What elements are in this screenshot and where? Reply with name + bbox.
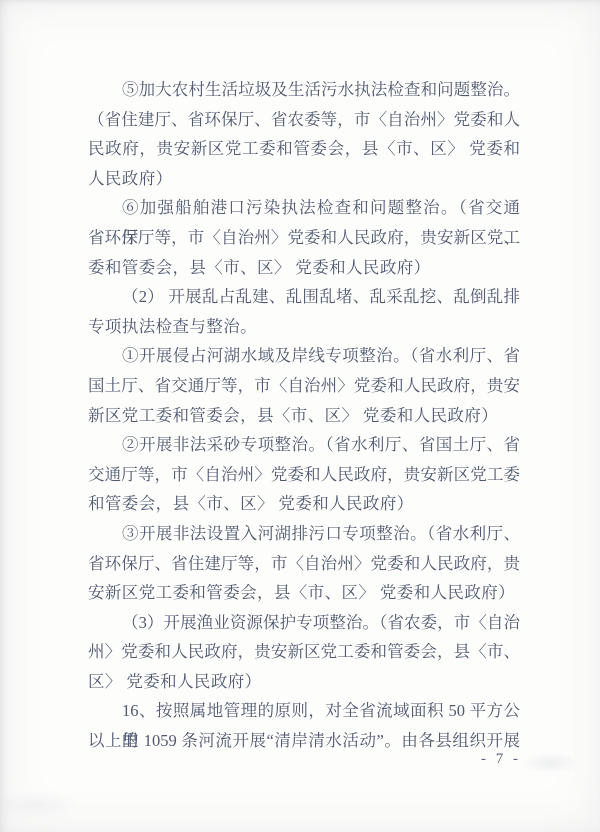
scan-artifact [0,790,82,820]
page-number: - 7 - [466,751,536,768]
text-line: 安新区党工委和管委会，县〈市、区〉 党委和人民政府） [88,578,520,608]
text-line: 和管委会，县〈市、区〉 党委和人民政府） [88,489,520,519]
text-line: 专项执法检查与整治。 [88,312,520,342]
text-line: 区〉 党委和人民政府） [88,667,520,697]
document-page: ⑤加大农村生活垃圾及生活污水执法检查和问题整治。（省住建厅、省环保厅、省农委等，… [0,0,600,832]
text-line: 新区党工委和管委会，县〈市、区〉 党委和人民政府） [88,401,520,431]
text-line: 州〉党委和人民政府，贵安新区党工委和管委会，县〈市、 [88,637,520,667]
text-line: （3）开展渔业资源保护专项整治。（省农委，市〈自治 [88,608,520,638]
text-line: （2） 开展乱占乱建、乱围乱堵、乱采乱挖、乱倒乱排 [88,282,520,312]
document-body: ⑤加大农村生活垃圾及生活污水执法检查和问题整治。（省住建厅、省环保厅、省农委等，… [88,75,520,756]
text-line: 国土厅、省交通厅等，市〈自治州〉党委和人民政府，贵安 [88,371,520,401]
text-line: 交通厅等，市〈自治州〉党委和人民政府，贵安新区党工委 [88,460,520,490]
text-line: 省环保厅、省住建厅等，市〈自治州〉党委和人民政府，贵 [88,549,520,579]
text-line: 委和管委会，县〈市、区〉 党委和人民政府） [88,253,520,283]
text-line: ①开展侵占河湖水域及岸线专项整治。（省水利厅、省 [88,341,520,371]
text-line: 16、按照属地管理的原则，对全省流域面积 50 平方公里 [88,696,520,726]
text-line: ⑥加强船舶港口污染执法检查和问题整治。（省交通厅、 [88,193,520,223]
text-line: 省环保厅等，市〈自治州〉党委和人民政府，贵安新区党工 [88,223,520,253]
text-line: ③开展非法设置入河湖排污口专项整治。（省水利厅、 [88,519,520,549]
text-line: 人民政府） [88,164,520,194]
text-line: ②开展非法采砂专项整治。（省水利厅、省国土厅、省 [88,430,520,460]
text-line: （省住建厅、省环保厅、省农委等，市〈自治州〉党委和人 [88,105,520,135]
text-line: 民政府，贵安新区党工委和管委会，县〈市、区〉 党委和 [88,134,520,164]
text-line: 以上的 1059 条河流开展“清岸清水活动”。由各县组织开展 [88,726,520,756]
text-line: ⑤加大农村生活垃圾及生活污水执法检查和问题整治。 [88,75,520,105]
